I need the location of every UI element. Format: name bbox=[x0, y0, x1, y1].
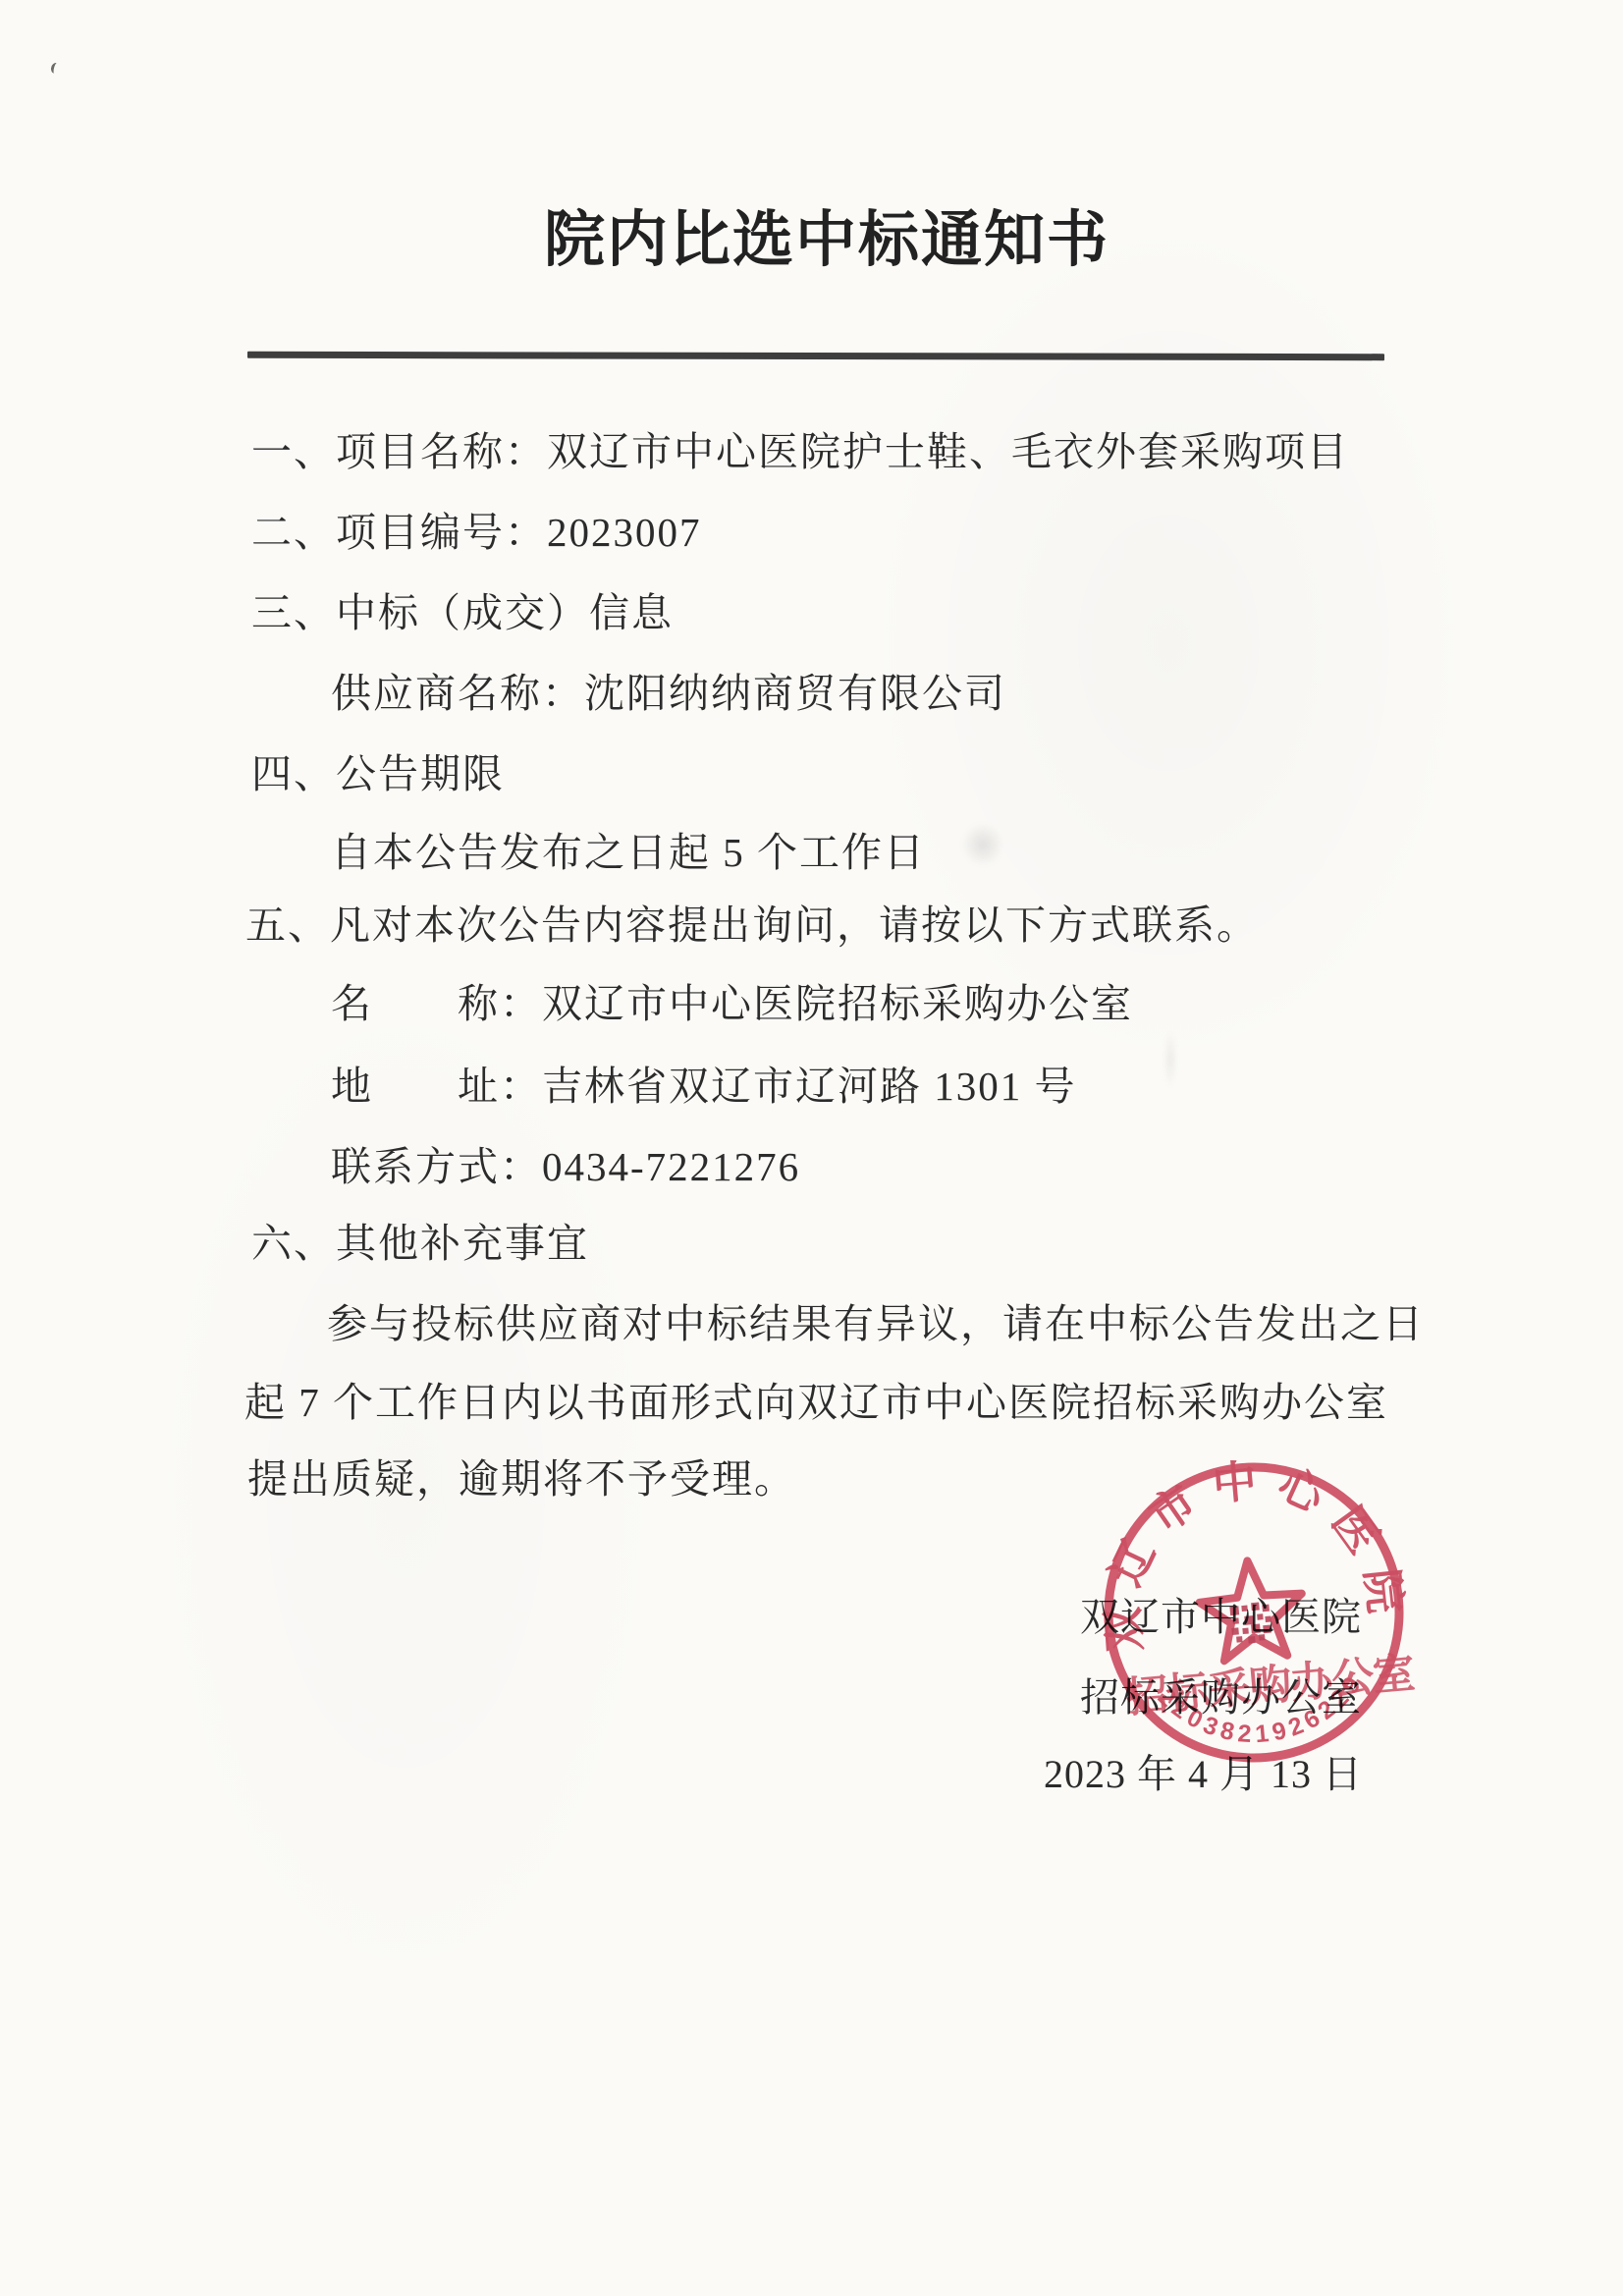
objection-paragraph-line-1: 参与投标供应商对中标结果有异议，请在中标公告发出之日 bbox=[327, 1301, 1425, 1347]
other-matters-heading: 六、其他补充事宜 bbox=[251, 1221, 589, 1267]
seal-qr-pattern bbox=[1229, 1602, 1272, 1645]
contact-name-line: 名 称：双辽市中心医院招标采购办公室 bbox=[331, 981, 1133, 1027]
notice-period-line: 自本公告发布之日起 5 个工作日 bbox=[331, 830, 926, 876]
supplier-name-line: 供应商名称：沈阳纳纳商贸有限公司 bbox=[331, 671, 1006, 717]
document-page: 院内比选中标通知书 一、项目名称：双辽市中心医院护士鞋、毛衣外套采购项目 二、项… bbox=[0, 0, 1623, 2296]
objection-paragraph-line-3: 提出质疑，逾期将不予受理。 bbox=[247, 1456, 796, 1503]
project-name-line: 一、项目名称：双辽市中心医院护士鞋、毛衣外套采购项目 bbox=[251, 429, 1349, 475]
notice-period-heading: 四、公告期限 bbox=[251, 751, 505, 797]
contact-address-line: 地 址：吉林省双辽市辽河路 1301 号 bbox=[331, 1064, 1077, 1110]
inquiry-heading: 五、凡对本次公告内容提出询问，请按以下方式联系。 bbox=[245, 902, 1259, 949]
contact-phone-line: 联系方式：0434-7221276 bbox=[331, 1144, 800, 1190]
objection-paragraph-line-2: 起 7 个工作日内以书面形式向双辽市中心医院招标采购办公室 bbox=[244, 1380, 1388, 1426]
scan-smudge bbox=[954, 815, 1011, 874]
scan-artifact bbox=[50, 62, 61, 75]
scan-smudge bbox=[1161, 1021, 1180, 1098]
project-number-line: 二、项目编号：2023007 bbox=[251, 510, 702, 556]
title-divider bbox=[247, 352, 1384, 360]
official-seal: 双辽市中心医院 招标采购办公室 2203821926229 bbox=[1084, 1443, 1425, 1783]
award-info-heading: 三、中标（成交）信息 bbox=[251, 590, 674, 636]
page-title: 院内比选中标通知书 bbox=[544, 191, 1109, 278]
